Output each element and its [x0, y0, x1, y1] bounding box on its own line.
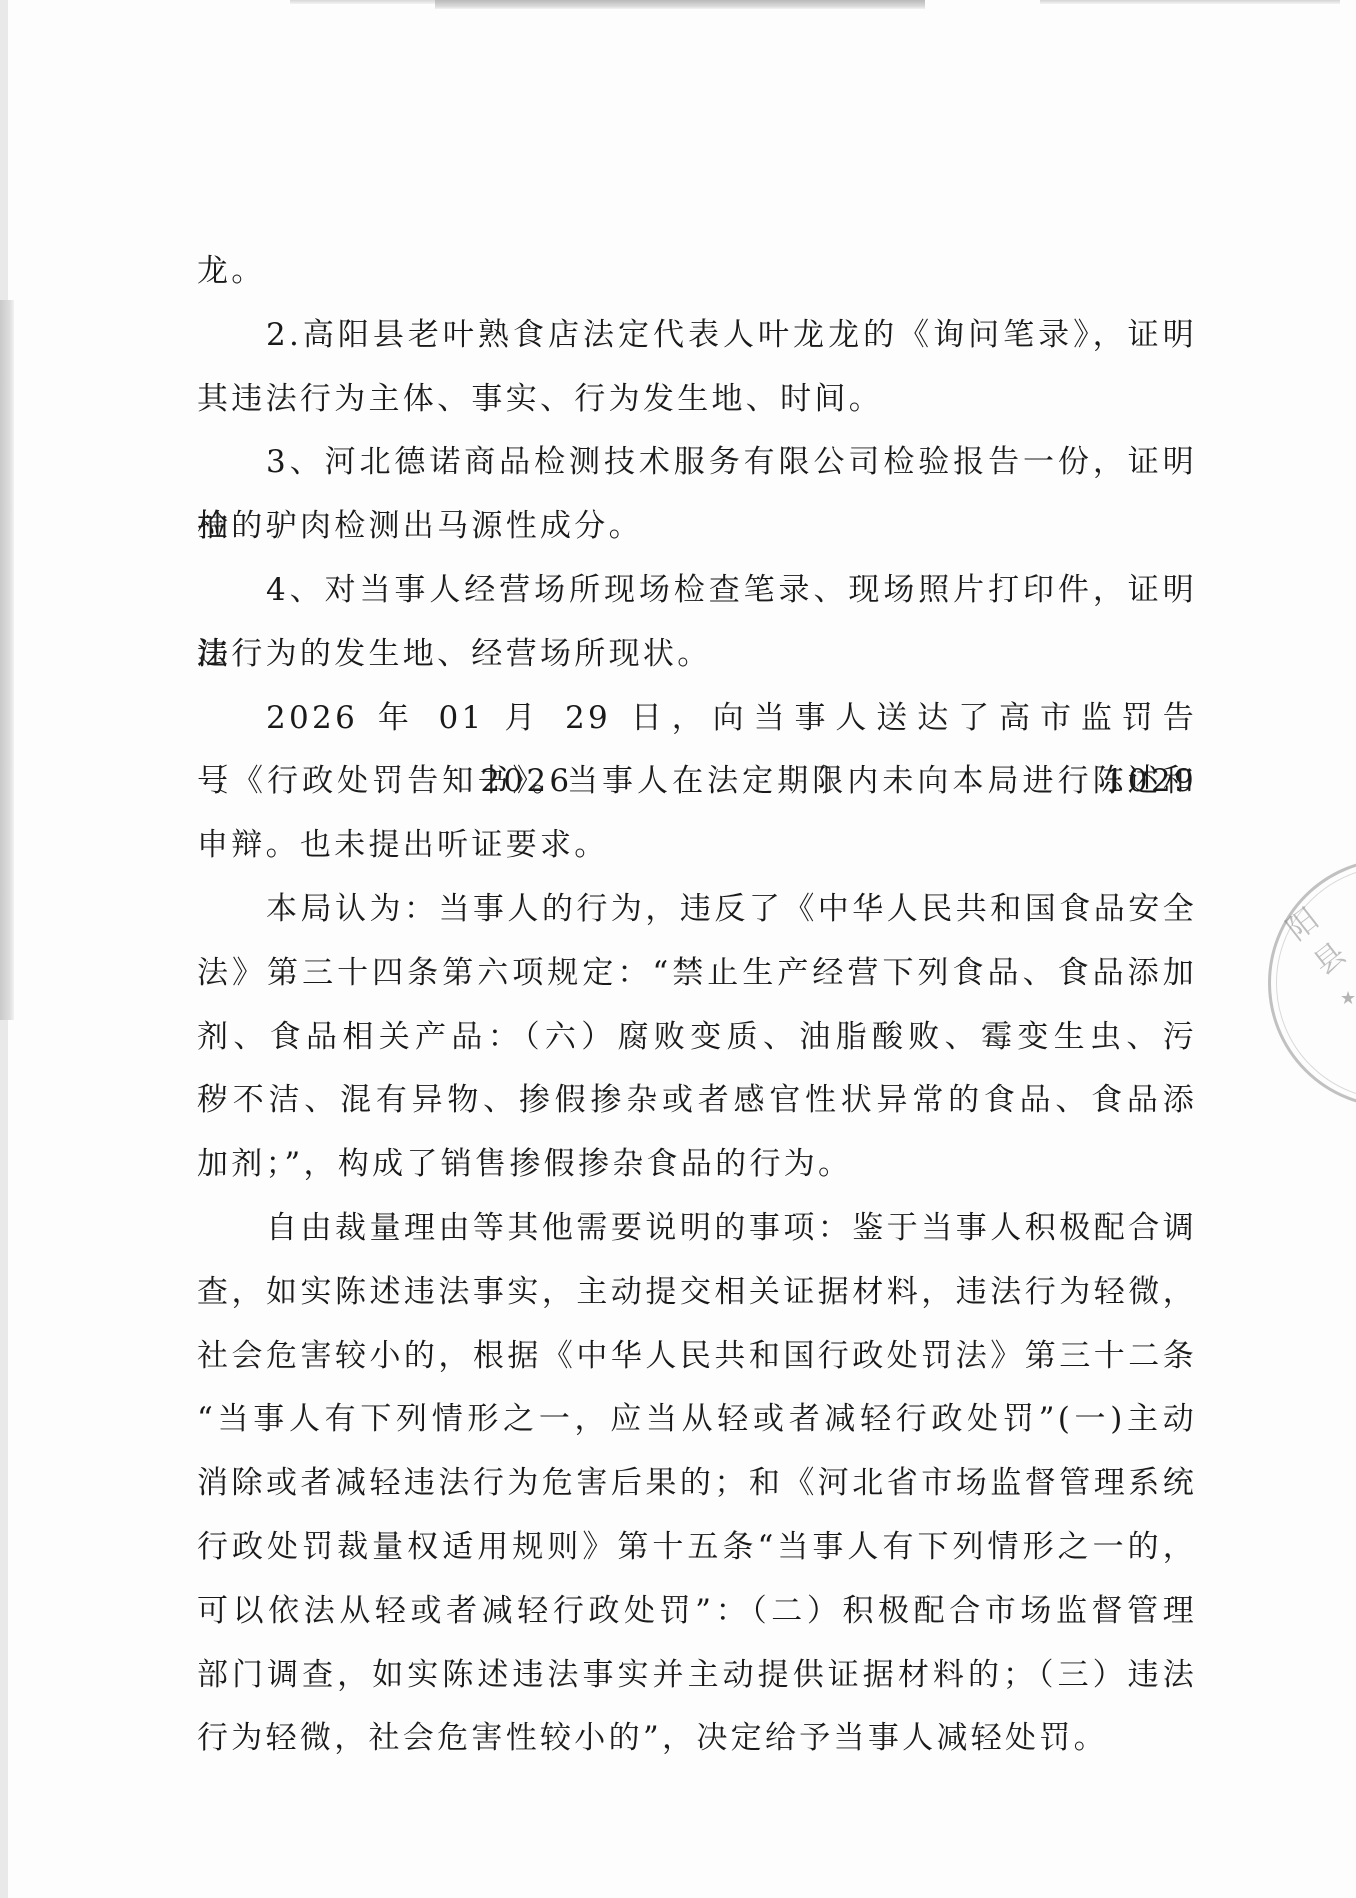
scan-top-edge-left [290, 0, 435, 4]
evidence-item-3-line-1: 3、河北德诺商品检测技术服务有限公司检验报告一份，证明抽 [197, 431, 1197, 495]
discretion-paragraph-line-6: 行政处罚裁量权适用规则》第十五条“当事人有下列情形之一的， [197, 1516, 1197, 1580]
discretion-paragraph-line-5: 消除或者减轻违法行为危害后果的；和《河北省市场监督管理系统 [197, 1452, 1197, 1516]
document-body: 龙。 2.高阳县老叶熟食店法定代表人叶龙龙的《询问笔录》，证明 其违法行为主体、… [197, 240, 1197, 1771]
discretion-paragraph-line-1: 自由裁量理由等其他需要说明的事项：鉴于当事人积极配合调 [197, 1197, 1197, 1261]
evidence-item-4-line-2: 法行为的发生地、经营场所现状。 [197, 623, 1197, 687]
notice-paragraph-line-1: 2026 年 01 月 29 日，向当事人送达了高市监罚告〔2026〕1029 [197, 687, 1197, 751]
discretion-paragraph-line-4: “当事人有下列情形之一，应当从轻或者减轻行政处罚”(一)主动 [197, 1388, 1197, 1452]
finding-paragraph-line-5: 加剂；”，构成了销售掺假掺杂食品的行为。 [197, 1133, 1197, 1197]
finding-paragraph-line-3: 剂、食品相关产品：（六）腐败变质、油脂酸败、霉变生虫、污 [197, 1006, 1197, 1070]
evidence-item-3-line-2: 检的驴肉检测出马源性成分。 [197, 495, 1197, 559]
discretion-paragraph-line-2: 查，如实陈述违法事实，主动提交相关证据材料，违法行为轻微， [197, 1261, 1197, 1325]
scan-top-edge-shadow [435, 0, 925, 9]
notice-paragraph-line-2: 号《行政处罚告知书》。当事人在法定期限内未向本局进行陈述和 [197, 750, 1197, 814]
discretion-paragraph-line-3: 社会危害较小的，根据《中华人民共和国行政处罚法》第三十二条 [197, 1325, 1197, 1389]
discretion-paragraph-line-7: 可以依法从轻或者减轻行政处罚”：（二）积极配合市场监督管理 [197, 1580, 1197, 1644]
scan-top-edge-right [1040, 0, 1340, 4]
text-line-continuation: 龙。 [197, 240, 1197, 304]
discretion-paragraph-line-8: 部门调查，如实陈述违法事实并主动提供证据材料的；（三）违法 [197, 1644, 1197, 1708]
seal-star-icon: ★ [1340, 988, 1356, 1009]
finding-paragraph-line-1: 本局认为：当事人的行为，违反了《中华人民共和国食品安全 [197, 878, 1197, 942]
evidence-item-4-line-1: 4、对当事人经营场所现场检查笔录、现场照片打印件，证明违 [197, 559, 1197, 623]
notice-paragraph-line-3: 申辩。也未提出听证要求。 [197, 814, 1197, 878]
text-block: 龙。 2.高阳县老叶熟食店法定代表人叶龙龙的《询问笔录》，证明 其违法行为主体、… [197, 240, 1197, 1771]
evidence-item-2-line-1: 2.高阳县老叶熟食店法定代表人叶龙龙的《询问笔录》，证明 [197, 304, 1197, 368]
evidence-item-2-line-2: 其违法行为主体、事实、行为发生地、时间。 [197, 368, 1197, 432]
discretion-paragraph-line-9: 行为轻微，社会危害性较小的”，决定给予当事人减轻处罚。 [197, 1707, 1197, 1771]
scan-left-shadow [0, 300, 14, 1020]
finding-paragraph-line-2: 法》第三十四条第六项规定：“禁止生产经营下列食品、食品添加 [197, 942, 1197, 1006]
finding-paragraph-line-4: 秽不洁、混有异物、掺假掺杂或者感官性状异常的食品、食品添 [197, 1069, 1197, 1133]
